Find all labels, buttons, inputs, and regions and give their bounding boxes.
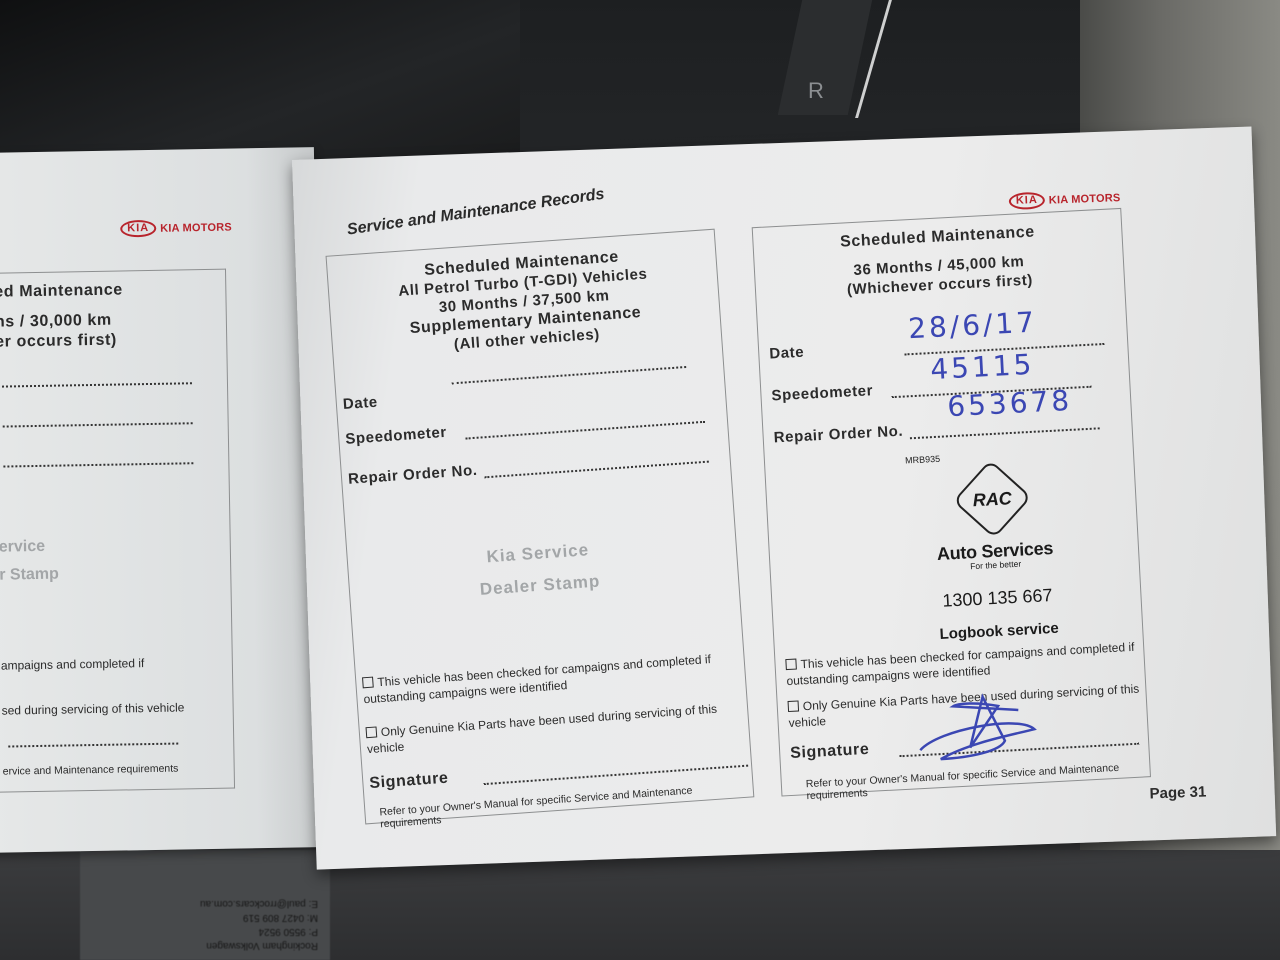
panel-a-date-field[interactable]: Date [342,394,378,413]
rac-dealer-stamp: RAC Auto Services For the better 1300 13… [906,467,1085,645]
left-check-campaigns: ampaigns and completed if [1,656,145,673]
dealer-stamp-area: Kia Service Dealer Stamp [457,532,621,607]
repair-order-dots [483,449,708,479]
panel-36-months: Scheduled Maintenance 36 Months / 45,000… [752,208,1151,797]
checkbox-icon[interactable] [366,726,378,738]
speedometer-dots [464,409,704,440]
left-footer: ervice and Maintenance requirements [3,763,179,778]
left-stamp-line2: r Stamp [0,566,59,585]
card-line: P: 9550 9524 [92,924,318,938]
signature-label: Signature [369,770,449,793]
handwritten-repair-order: 653678 [946,384,1072,423]
panel-b-check-campaigns[interactable]: This vehicle has been checked for campai… [785,639,1136,689]
card-line: E: paul@rrockcars.com.au [92,896,318,910]
repair-order-label: Repair Order No. [348,462,479,488]
page-number: Page 31 [1149,783,1206,802]
right-page: Service and Maintenance Records KIA KIA … [292,126,1276,869]
signature-label: Signature [790,741,870,763]
left-signature-field[interactable] [8,731,178,748]
handwritten-signature-icon [907,684,1041,771]
kia-emblem-icon: KIA [1009,192,1046,210]
checkbox-icon[interactable] [362,677,374,689]
kia-emblem-icon: KIA [120,220,156,238]
date-label: Date [342,394,378,413]
kia-motors-text: KIA MOTORS [160,221,232,234]
check-campaigns-label: This vehicle has been checked for campai… [786,640,1135,688]
panel-a-speedometer-field[interactable]: Speedometer [345,406,705,448]
left-check-genuine: sed during servicing of this vehicle [2,700,185,717]
checkbox-icon[interactable] [785,659,797,671]
card-line: M: 0427 809 519 [92,910,318,924]
rac-phone: 1300 135 667 [912,583,1083,613]
kia-motors-text: KIA MOTORS [1049,192,1121,206]
handwritten-speedometer: 45115 [930,348,1036,386]
checkbox-icon[interactable] [788,700,800,712]
left-maintenance-panel: ed Maintenance hs / 30,000 km er occurs … [0,269,235,793]
check-campaigns-label: This vehicle has been checked for campai… [363,652,711,706]
panel-a-check-genuine[interactable]: Only Genuine Kia Parts have been used du… [365,698,756,757]
left-date-field[interactable] [2,370,192,387]
date-label: Date [769,344,805,363]
rac-logo-text: RAC [972,488,1012,511]
center-console [0,0,520,170]
check-genuine-label: Only Genuine Kia Parts have been used du… [367,702,718,756]
panel-a-check-campaigns[interactable]: This vehicle has been checked for campai… [362,650,733,708]
repair-order-label: Repair Order No. [773,423,903,447]
left-repair-order-field[interactable] [3,450,193,467]
section-title: Service and Maintenance Records [346,186,606,240]
panel-30-months: Scheduled Maintenance All Petrol Turbo (… [326,229,755,825]
rac-logo-icon: RAC [953,460,1032,539]
left-condition: er occurs first) [0,332,117,352]
speedometer-label: Speedometer [345,424,448,448]
left-stamp-line1: ervice [0,538,45,557]
left-heading: ed Maintenance [0,281,123,301]
kia-logo: KIA KIA MOTORS [120,219,232,238]
left-speedometer-field[interactable] [2,410,192,427]
panel-a-repair-order-field[interactable]: Repair Order No. [348,446,709,488]
speedometer-label: Speedometer [771,382,873,404]
business-card-reflection: Rockingham Volkswagen P: 9550 9524 M: 04… [80,850,330,960]
handwritten-date: 28/6/17 [907,305,1038,345]
kia-logo: KIA KIA MOTORS [1009,189,1121,210]
left-page: KIA KIA MOTORS ed Maintenance hs / 30,00… [0,147,326,853]
panel-a-date-dots [451,354,686,384]
left-interval: hs / 30,000 km [0,312,112,332]
mrb-code: MRB935 [905,454,940,466]
signature-dots [483,753,748,785]
card-line: Rockingham Volkswagen [92,938,318,952]
rac-logbook-service: Logbook service [914,618,1085,644]
gear-indicator: R [808,78,824,104]
